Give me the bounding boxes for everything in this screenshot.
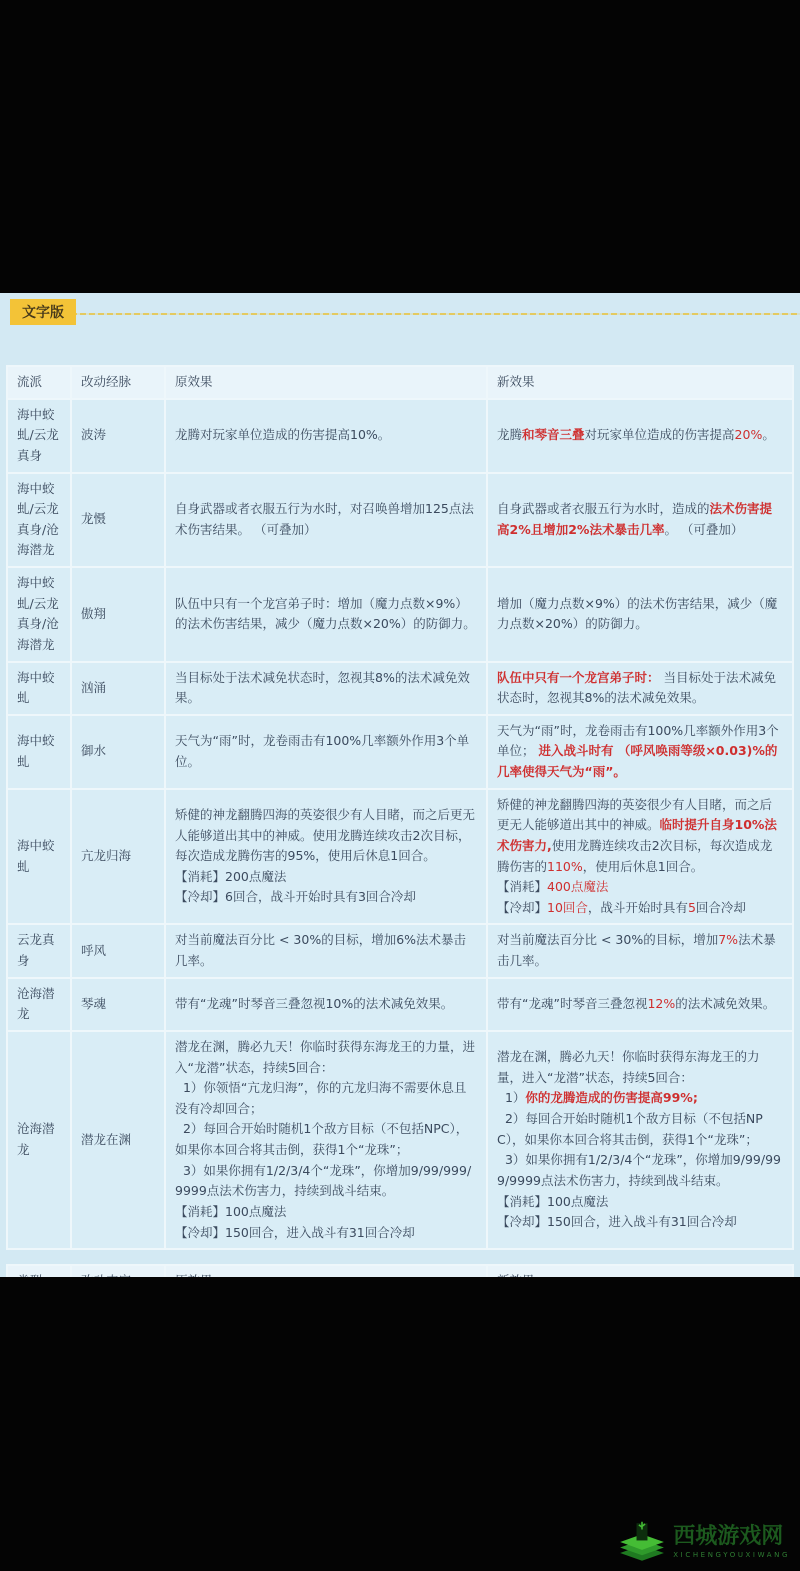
- cell-school: 海中蛟虬: [7, 662, 71, 715]
- cell-school: 海中蛟虬: [7, 789, 71, 925]
- skill-changes-table: 流派 改动经脉 原效果 新效果 海中蛟虬/云龙真身 波涛 龙腾对玩家单位造成的伤…: [6, 365, 794, 1250]
- skill-table-row: 海中蛟虬/云龙真身/沧海潜龙 龙慑 自身武器或者衣服五行为水时，对召唤兽增加12…: [7, 473, 793, 568]
- skill-table-row: 沧海潜龙 潜龙在渊 潜龙在渊，腾必九天！你临时获得东海龙王的力量，进入“龙潜”状…: [7, 1031, 793, 1249]
- header-cell-new-effect: 新效果: [487, 1265, 793, 1277]
- header-cell-old-effect: 原效果: [165, 366, 487, 399]
- cell-skill: 波涛: [71, 399, 165, 473]
- cell-old-effect: 队伍中只有一个龙宫弟子时：增加（魔力点数×9%）的法术伤害结果，减少（魔力点数×…: [165, 567, 487, 662]
- cell-skill: 呼风: [71, 924, 165, 977]
- header-cell-type: 类型: [7, 1265, 71, 1277]
- cell-school: 海中蛟虬/云龙真身: [7, 399, 71, 473]
- watermark-site-name: 西城游戏网: [673, 1525, 783, 1549]
- cell-old-effect: 自身武器或者衣服五行为水时，对召唤兽增加125点法术伤害结果。 （可叠加）: [165, 473, 487, 568]
- header-cell-skill: 改动经脉: [71, 366, 165, 399]
- cell-old-effect: 矫健的神龙翻腾四海的英姿很少有人目睹，而之后更无人能够道出其中的神威。使用龙腾连…: [165, 789, 487, 925]
- cell-skill: 亢龙归海: [71, 789, 165, 925]
- skill-table-row: 沧海潜龙 琴魂 带有“龙魂”时琴音三叠忽视10%的法术减免效果。 带有“龙魂”时…: [7, 978, 793, 1031]
- cell-school: 海中蛟虬/云龙真身/沧海潜龙: [7, 473, 71, 568]
- cell-skill: 龙慑: [71, 473, 165, 568]
- site-watermark: 西城游戏网 XICHENGYOUXIWANG: [617, 1519, 790, 1565]
- skill-table-row: 海中蛟虬 御水 天气为“雨”时，龙卷雨击有100%几率额外作用3个单位。 天气为…: [7, 715, 793, 789]
- cell-old-effect: 带有“龙魂”时琴音三叠忽视10%的法术减免效果。: [165, 978, 487, 1031]
- cell-school: 海中蛟虬: [7, 715, 71, 789]
- cell-new-effect: 增加（魔力点数×9%）的法术伤害结果，减少（魔力点数×20%）的防御力。: [487, 567, 793, 662]
- text-version-row: 文字版: [0, 293, 800, 329]
- top-divider-line: [62, 313, 800, 315]
- skill-table-row: 云龙真身 呼风 对当前魔法百分比 < 30%的目标，增加6%法术暴击几率。 对当…: [7, 924, 793, 977]
- header-cell-school: 流派: [7, 366, 71, 399]
- cell-new-effect: 对当前魔法百分比 < 30%的目标，增加7%法术暴击几率。: [487, 924, 793, 977]
- cell-new-effect: 龙腾和琴音三叠对玩家单位造成的伤害提高20%。: [487, 399, 793, 473]
- cell-old-effect: 潜龙在渊，腾必九天！你临时获得东海龙王的力量，进入“龙潜”状态，持续5回合： 1…: [165, 1031, 487, 1249]
- cell-new-effect: 潜龙在渊，腾必九天！你临时获得东海龙王的力量，进入“龙潜”状态，持续5回合： 1…: [487, 1031, 793, 1249]
- cell-new-effect: 矫健的神龙翻腾四海的英姿很少有人目睹，而之后更无人能够道出其中的神威。临时提升自…: [487, 789, 793, 925]
- cell-old-effect: 龙腾对玩家单位造成的伤害提高10%。: [165, 399, 487, 473]
- cell-new-effect: 自身武器或者衣服五行为水时，造成的法术伤害提高2%且增加2%法术暴击几率。 （可…: [487, 473, 793, 568]
- header-cell-old-effect: 原效果: [165, 1265, 487, 1277]
- skill-table-body: 海中蛟虬/云龙真身 波涛 龙腾对玩家单位造成的伤害提高10%。 龙腾和琴音三叠对…: [7, 399, 793, 1250]
- layered-diamond-logo-icon: [617, 1519, 667, 1565]
- skill-table-row: 海中蛟虬 亢龙归海 矫健的神龙翻腾四海的英姿很少有人目睹，而之后更无人能够道出其…: [7, 789, 793, 925]
- cell-new-effect: 带有“龙魂”时琴音三叠忽视12%的法术减免效果。: [487, 978, 793, 1031]
- bottom-letterbox-bar: 西城游戏网 XICHENGYOUXIWANG: [0, 1277, 800, 1571]
- top-letterbox-bar: [0, 0, 800, 293]
- article-content-area: 文字版 流派 改动经脉 原效果 新效果 海中蛟虬/云龙真身 波涛 龙腾对玩家单位…: [0, 293, 800, 1277]
- cell-school: 沧海潜龙: [7, 978, 71, 1031]
- cell-skill: 潜龙在渊: [71, 1031, 165, 1249]
- cell-skill: 御水: [71, 715, 165, 789]
- cell-skill: 汹涌: [71, 662, 165, 715]
- cell-school: 云龙真身: [7, 924, 71, 977]
- cell-school: 沧海潜龙: [7, 1031, 71, 1249]
- cell-new-effect: 天气为“雨”时，龙卷雨击有100%几率额外作用3个单位； 进入战斗时有 （呼风唤…: [487, 715, 793, 789]
- artifact-skill-table: 类型 改动内容 原效果 新效果 神器技能 沧浪赋 （海中蛟虬/云龙真身/沧海潜龙…: [6, 1264, 794, 1277]
- header-cell-new-effect: 新效果: [487, 366, 793, 399]
- text-version-label: 文字版: [10, 299, 76, 325]
- table-header-row: 类型 改动内容 原效果 新效果: [7, 1265, 793, 1277]
- header-cell-content: 改动内容: [71, 1265, 165, 1277]
- cell-skill: 琴魂: [71, 978, 165, 1031]
- watermark-site-romanized: XICHENGYOUXIWANG: [673, 1551, 790, 1559]
- skill-table-row: 海中蛟虬 汹涌 当目标处于法术减免状态时，忽视其8%的法术减免效果。 队伍中只有…: [7, 662, 793, 715]
- cell-new-effect: 队伍中只有一个龙宫弟子时： 当目标处于法术减免状态时，忽视其8%的法术减免效果。: [487, 662, 793, 715]
- cell-old-effect: 当目标处于法术减免状态时，忽视其8%的法术减免效果。: [165, 662, 487, 715]
- cell-skill: 傲翔: [71, 567, 165, 662]
- cell-old-effect: 天气为“雨”时，龙卷雨击有100%几率额外作用3个单位。: [165, 715, 487, 789]
- table-header-row: 流派 改动经脉 原效果 新效果: [7, 366, 793, 399]
- cell-school: 海中蛟虬/云龙真身/沧海潜龙: [7, 567, 71, 662]
- skill-table-row: 海中蛟虬/云龙真身 波涛 龙腾对玩家单位造成的伤害提高10%。 龙腾和琴音三叠对…: [7, 399, 793, 473]
- skill-table-row: 海中蛟虬/云龙真身/沧海潜龙 傲翔 队伍中只有一个龙宫弟子时：增加（魔力点数×9…: [7, 567, 793, 662]
- cell-old-effect: 对当前魔法百分比 < 30%的目标，增加6%法术暴击几率。: [165, 924, 487, 977]
